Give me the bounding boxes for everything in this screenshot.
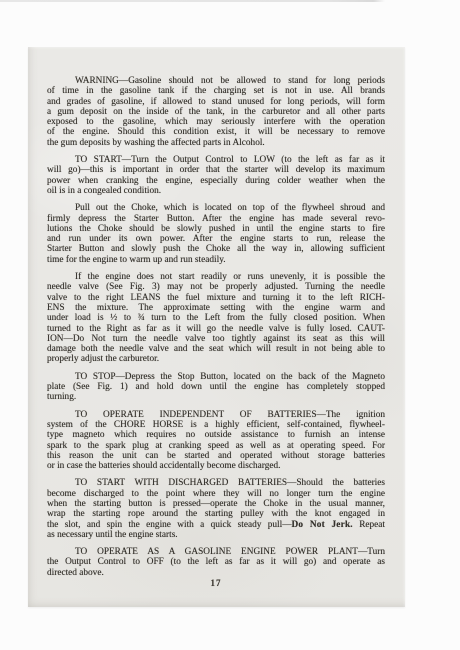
text-line: needle valve (See Fig. 3) may not be pro… [47,282,385,292]
text-line: firmly depress the Starter Button. After… [47,214,385,224]
text-line: Starter Button and slowly push the Choke… [47,244,385,254]
text-line: damage both the needle valve and the sea… [47,344,385,354]
text-line: the slot, and spin the engine with a qui… [47,520,385,530]
paragraph: TO OPERATE AS A GASOLINE ENGINE POWER PL… [47,547,385,578]
paragraph: Pull out the Choke, which is located on … [47,203,385,265]
text-line: become discharged to the point where the… [47,489,385,499]
text-line: ENS the mixture. The approximate setting… [47,303,385,313]
text-line: TO OPERATE AS A GASOLINE ENGINE POWER PL… [47,547,385,557]
text-line: as necessary until the engine starts. [47,530,385,540]
text-line: and run under its own power. After the e… [47,234,385,244]
text-column: WARNING—Gasoline should not be allowed t… [47,76,385,578]
scanner-edge-artifact [0,0,385,2]
text-line: If the engine does not start readily or … [47,272,385,282]
text-line: TO STOP—Depress the Stop Button, located… [47,372,385,382]
text-line: WARNING—Gasoline should not be allowed t… [47,76,385,86]
paragraph: If the engine does not start readily or … [47,272,385,365]
text-line: spark to the spark plug at cranking spee… [47,441,385,451]
text-line: power when cranking the engine, especial… [47,176,385,186]
text-line: TO OPERATE INDEPENDENT OF BATTERIES—The … [47,410,385,420]
text-line: system of the CHORE HORSE is a highly ef… [47,420,385,430]
text-line: plate (See Fig. 1) and hold down until t… [47,382,385,392]
text-line: directed above. [47,568,385,578]
text-line: turned to the Right as far as it will go… [47,324,385,334]
text-line: a gum deposit on the inside of the tank,… [47,107,385,117]
page-number: 17 [47,578,385,588]
paragraph: TO START WITH DISCHARGED BATTERIES—Shoul… [47,478,385,540]
text-line: and grades of gasoline, if allowed to st… [47,97,385,107]
text-line: oil is in a congealed condition. [47,186,385,196]
text-line: under load is ½ to ¾ turn to the Left fr… [47,313,385,323]
paragraph: TO OPERATE INDEPENDENT OF BATTERIES—The … [47,410,385,472]
paragraph: TO STOP—Depress the Stop Button, located… [47,372,385,403]
text-line: the Output Control to OFF (to the left a… [47,557,385,567]
text-line: Pull out the Choke, which is located on … [47,203,385,213]
text-line: TO START WITH DISCHARGED BATTERIES—Shoul… [47,478,385,488]
text-line: time for the engine to warm up and run s… [47,255,385,265]
text-line: valve to the right LEANS the fuel mixtur… [47,293,385,303]
text-line: wrap the starting rope around the starti… [47,509,385,519]
text-line: properly adjust the carburetor. [47,354,385,364]
text-line: type magneto which requires no outside a… [47,430,385,440]
text-line: turning. [47,392,385,402]
text-line: when the starting button is pressed—oper… [47,499,385,509]
text-line: this reason the unit can be started and … [47,451,385,461]
text-line: TO START—Turn the Output Control to LOW … [47,155,385,165]
text-line: exposed to the gasoline, which may serio… [47,117,385,127]
text-line: will go)—this is important in order that… [47,165,385,175]
paragraph: TO START—Turn the Output Control to LOW … [47,155,385,196]
scan-background: WARNING—Gasoline should not be allowed t… [0,0,460,650]
document-page: WARNING—Gasoline should not be allowed t… [28,47,405,607]
text-line: the gum deposits by washing the affected… [47,138,385,148]
paragraph: WARNING—Gasoline should not be allowed t… [47,76,385,148]
text-line: or in case the batteries should accident… [47,461,385,471]
text-line: of time in the gasoline tank if the char… [47,86,385,96]
text-line: lutions the Choke should be slowly pushe… [47,224,385,234]
text-line: ION—Do Not turn the needle valve too tig… [47,334,385,344]
text-line: of the engine. Should this condition exi… [47,127,385,137]
